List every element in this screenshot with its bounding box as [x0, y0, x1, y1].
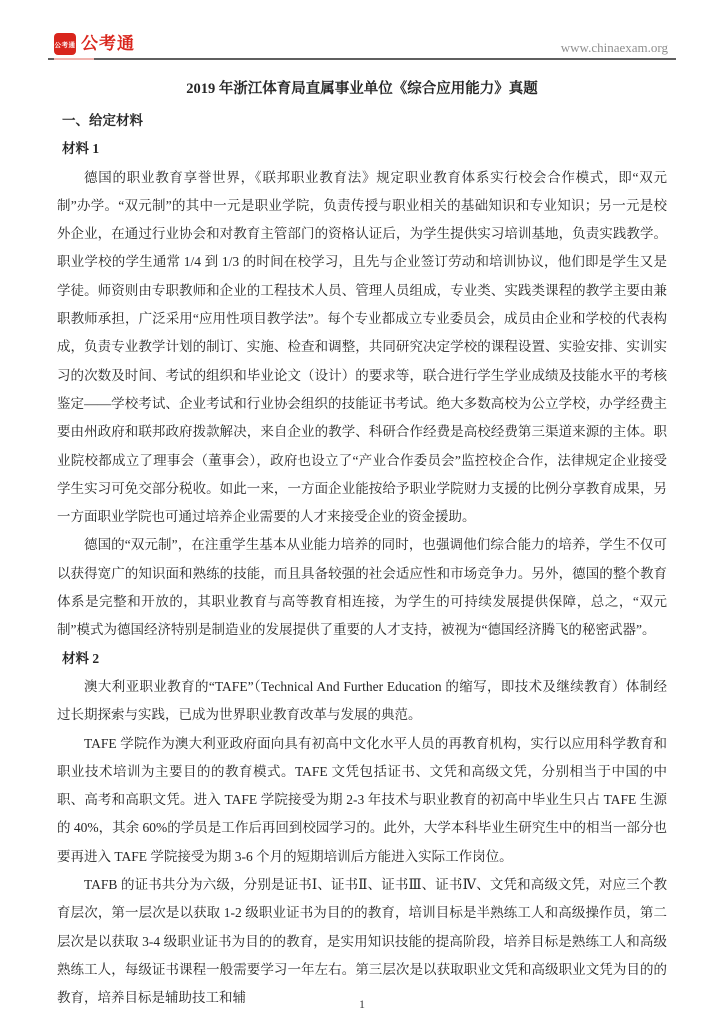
material-1-paragraph-2: 德国的“双元制”，在注重学生基本从业能力培养的同时，也强调他们综合能力的培养，学…: [57, 531, 667, 644]
material-2-paragraph-3: TAFB 的证书共分为六级，分别是证书Ⅰ、证书Ⅱ、证书Ⅲ、证书Ⅳ、文凭和高级文凭…: [57, 871, 667, 1012]
gongkaotong-logo: 公考通 公考通: [54, 33, 135, 55]
divider-accent: [54, 58, 94, 60]
website-url: www.chinaexam.org: [561, 40, 668, 55]
page-number: 1: [0, 997, 724, 1012]
section-heading-given-materials: 一、给定材料: [57, 107, 667, 135]
logo-title: 公考通: [81, 33, 135, 55]
gongkaotong-logo-icon: 公考通: [54, 33, 76, 55]
header-row: 公考通 公考通 www.chinaexam.org: [48, 30, 676, 55]
document-body: 一、给定材料 材料 1 德国的职业教育享誉世界，《联邦职业教育法》规定职业教育体…: [57, 107, 667, 1013]
header-divider: [48, 58, 676, 60]
material-1-paragraph-1: 德国的职业教育享誉世界，《联邦职业教育法》规定职业教育体系实行校会合作模式，即“…: [57, 164, 667, 532]
material-2-paragraph-1: 澳大利亚职业教育的“TAFE”（Technical And Further Ed…: [57, 673, 667, 730]
material-2-paragraph-2: TAFE 学院作为澳大利亚政府面向具有初高中文化水平人员的再教育机构，实行以应用…: [57, 730, 667, 871]
material-2-heading: 材料 2: [57, 645, 667, 673]
document-content: 2019 年浙江体育局直属事业单位《综合应用能力》真题 一、给定材料 材料 1 …: [57, 79, 667, 1013]
document-page: 公考通 公考通 www.chinaexam.org 2019 年浙江体育局直属事…: [0, 0, 724, 1024]
page-title: 2019 年浙江体育局直属事业单位《综合应用能力》真题: [57, 79, 667, 99]
page-header: 公考通 公考通 www.chinaexam.org: [0, 0, 724, 60]
material-1-heading: 材料 1: [57, 135, 667, 163]
